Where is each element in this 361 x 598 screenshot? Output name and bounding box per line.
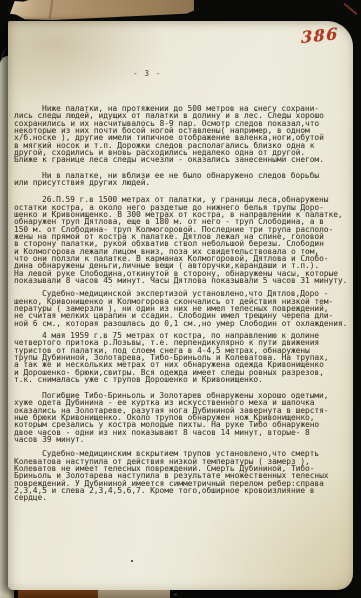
paragraph: Погибшие Тибо-Бриньоль и Золотарев обнар…: [14, 392, 351, 443]
text-line: ной 6 см., которая разошлась до 0,1 см.,…: [14, 320, 351, 327]
page-number: - 3 -: [133, 69, 161, 78]
red-corner-mark: [343, 3, 357, 15]
scanned-document-photo: 386 - 3 - Ниже палатки, на протяжении до…: [0, 0, 361, 598]
paragraph: Судебно-медицинским вскрытием трупов уст…: [14, 450, 351, 501]
dust-speck: [131, 560, 133, 562]
dust-speck: [174, 593, 177, 596]
text-line: Ближе к границе леса следы исчезли - ока…: [14, 156, 351, 163]
text-line: сердце.: [14, 494, 351, 501]
typed-text-body: Ниже палатки, на протяжении до 500 метро…: [14, 105, 351, 502]
bottom-edge-fragment-dark: [18, 590, 98, 598]
dust-speck: [255, 109, 257, 111]
paragraph: Судебно-медицинской экспертизой установл…: [14, 290, 351, 327]
text-line: или присутствия других людей.: [14, 179, 351, 186]
tape-top-left: [12, 0, 194, 20]
tape-crease: [49, 0, 54, 19]
text-line: часов 39 минут.: [14, 436, 351, 443]
paragraph: Ниже палатки, на протяжении до 500 метро…: [14, 105, 351, 164]
paragraph: 4 мая 1959 г.в 75 метрах от костра, по н…: [14, 332, 351, 383]
paragraph: 26.П.59 г.в 1500 метрах от палатки, у гр…: [14, 196, 351, 284]
text-line: 2,3,4,5 и слева 2,3,4,5,6,7. Кроме того,…: [14, 487, 351, 494]
text-line: показывали 8 часов 45 минут. Часы Дятлов…: [14, 277, 351, 284]
bottom-edge-fragment-light: [98, 590, 170, 598]
handwritten-sheet-number: 386: [301, 24, 339, 47]
paragraph: Ни в палатке, ни вблизи ее не было обнар…: [14, 172, 351, 187]
tape-fold: [10, 1, 36, 17]
document-page: 386 - 3 - Ниже палатки, на протяжении до…: [8, 21, 353, 590]
